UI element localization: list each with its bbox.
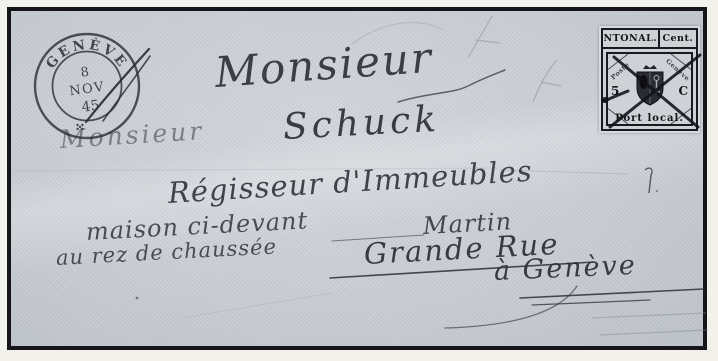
address-line2-name: Schuck	[282, 102, 441, 146]
cover-photograph: GENÈVE 8 NOV 45	[0, 0, 718, 361]
stamp-cancel-strokes	[600, 27, 707, 140]
postage-stamp: NTONAL. Cent. Poste Genève 5 C	[599, 26, 700, 133]
address-line6-city: à Genève	[493, 252, 637, 285]
stamp-frame: NTONAL. Cent. Poste Genève 5 C	[601, 28, 698, 131]
